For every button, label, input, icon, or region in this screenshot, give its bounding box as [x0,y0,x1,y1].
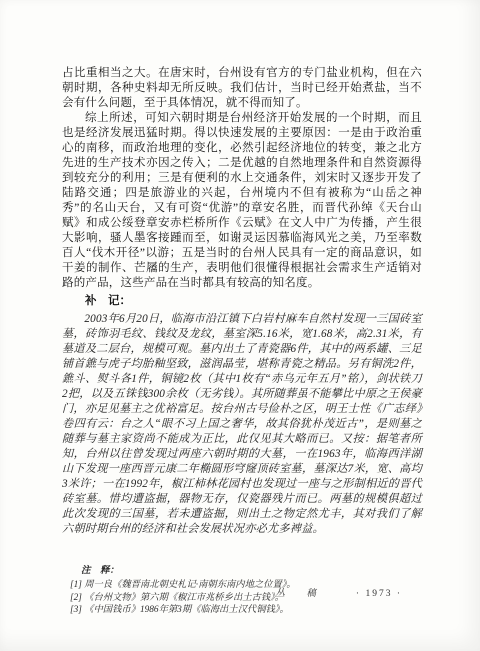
opening-paragraph: 占比重相当之大。在唐宋时，台州设有官方的专门盐业机构，但在六朝时期，各种史料却无… [62,66,422,111]
note-item: [3] 《中国钱币》1986年第3期《临海出土汉代铜钱》。 [70,604,422,617]
footer-page-number: · 1973 · [356,589,402,599]
page-footer: 丛 稿 · 1973 · [62,585,422,599]
summary-paragraph: 综上所述，可知六朝时期是台州经济开始发展的一个时期，而且也是经济发展迅猛时期。得… [62,111,422,291]
supplement-paragraph: 2003年6月20日，临海市沿江镇下白岩村麻车自然村发现一三国砖室墓，砖饰羽毛纹… [62,312,422,537]
footer-running-title: 丛 稿 [275,585,322,599]
supplement-heading: 补 记： [62,291,422,312]
notes-heading: 注 释： [62,565,422,578]
scanned-page: 占比重相当之大。在唐宋时，台州设有官方的专门盐业机构，但在六朝时期，各种史料却无… [0,0,480,651]
text-block: 占比重相当之大。在唐宋时，台州设有官方的专门盐业机构，但在六朝时期，各种史料却无… [62,66,422,617]
